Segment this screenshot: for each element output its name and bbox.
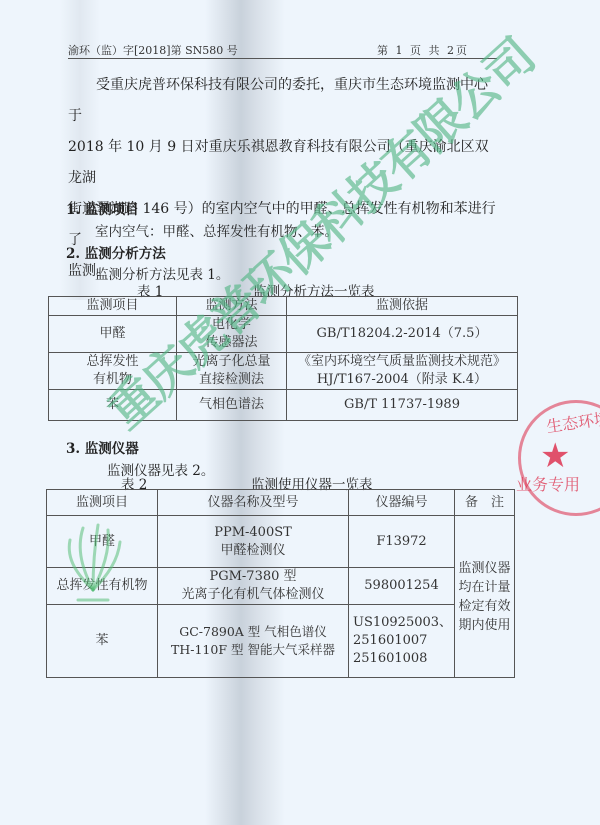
header-cell: 备 注	[455, 490, 515, 516]
header-cell: 仪器名称及型号	[158, 490, 349, 516]
table-header-row: 监测项目 仪器名称及型号 仪器编号 备 注	[47, 490, 515, 516]
item-cell: 苯	[49, 390, 177, 421]
instrument-id-cell: US10925003、251601007251601008	[349, 605, 455, 678]
item-cell: 甲醛	[49, 316, 177, 353]
table-row: 总挥发性有机物 光离子化总量直接检测法 《室内环境空气质量监测技术规范》HJ/T…	[49, 353, 518, 390]
remark-cell: 监测仪器 均在计量 检定有效 期内使用	[455, 516, 515, 678]
table-header-row: 监测项目 监测方法 监测依据	[49, 297, 518, 316]
table-row: 总挥发性有机物 PGM-7380 型光离子化有机气体检测仪 598001254	[47, 568, 515, 605]
stamp-bottom-text: 业务专用	[516, 472, 580, 495]
section-1-body: 室内空气：甲醛、总挥发性有机物、苯。	[95, 220, 338, 240]
table-row: 甲醛 PPM-400ST甲醛检测仪 F13972 监测仪器 均在计量 检定有效 …	[47, 516, 515, 568]
header-cell: 监测方法	[177, 297, 287, 316]
header-cell: 监测依据	[287, 297, 518, 316]
section-1-title: 1. 监测项目	[66, 198, 139, 218]
official-stamp: 生态环境 ★ 业务专用	[518, 400, 600, 520]
doc-number: 渝环（监）字[2018]第 SN580 号	[68, 42, 238, 58]
item-cell: 甲醛	[47, 516, 158, 568]
instrument-id-cell: 598001254	[349, 568, 455, 605]
method-cell: 气相色谱法	[177, 390, 287, 421]
page-info: 第 1 页 共 2页	[377, 42, 469, 58]
header-cell: 监测项目	[47, 490, 158, 516]
instrument-cell: PGM-7380 型光离子化有机气体检测仪	[158, 568, 349, 605]
method-cell: 电化学传感器法	[177, 316, 287, 353]
header-cell: 监测项目	[49, 297, 177, 316]
table-row: 苯 GC-7890A 型 气相色谱仪TH-110F 型 智能大气采样器 US10…	[47, 605, 515, 678]
item-cell: 苯	[47, 605, 158, 678]
method-cell: 光离子化总量直接检测法	[177, 353, 287, 390]
stamp-ring	[518, 400, 600, 516]
methods-table: 监测项目 监测方法 监测依据 甲醛 电化学传感器法 GB/T18204.2-20…	[48, 296, 518, 421]
instrument-id-cell: F13972	[349, 516, 455, 568]
basis-cell: GB/T18204.2-2014（7.5）	[287, 316, 518, 353]
section-2-title: 2. 监测分析方法	[66, 242, 166, 262]
instrument-cell: PPM-400ST甲醛检测仪	[158, 516, 349, 568]
basis-cell: GB/T 11737-1989	[287, 390, 518, 421]
item-cell: 总挥发性有机物	[49, 353, 177, 390]
star-icon: ★	[540, 436, 570, 476]
page-header: 渝环（监）字[2018]第 SN580 号 第 1 页 共 2页	[68, 38, 497, 59]
basis-cell: 《室内环境空气质量监测技术规范》HJ/T167-2004（附录 K.4）	[287, 353, 518, 390]
section-3-title: 3. 监测仪器	[66, 437, 139, 457]
table-row: 苯 气相色谱法 GB/T 11737-1989	[49, 390, 518, 421]
instrument-cell: GC-7890A 型 气相色谱仪TH-110F 型 智能大气采样器	[158, 605, 349, 678]
instruments-table: 监测项目 仪器名称及型号 仪器编号 备 注 甲醛 PPM-400ST甲醛检测仪 …	[46, 489, 515, 678]
intro-line-2: 2018 年 10 月 9 日对重庆乐祺恩教育科技有限公司（重庆渝北区双龙湖	[68, 132, 498, 194]
item-cell: 总挥发性有机物	[47, 568, 158, 605]
header-cell: 仪器编号	[349, 490, 455, 516]
stamp-top-text: 生态环境	[545, 406, 600, 438]
table-row: 甲醛 电化学传感器法 GB/T18204.2-2014（7.5）	[49, 316, 518, 353]
intro-line-1: 受重庆虎普环保科技有限公司的委托，重庆市生态环境监测中心于	[68, 70, 498, 132]
